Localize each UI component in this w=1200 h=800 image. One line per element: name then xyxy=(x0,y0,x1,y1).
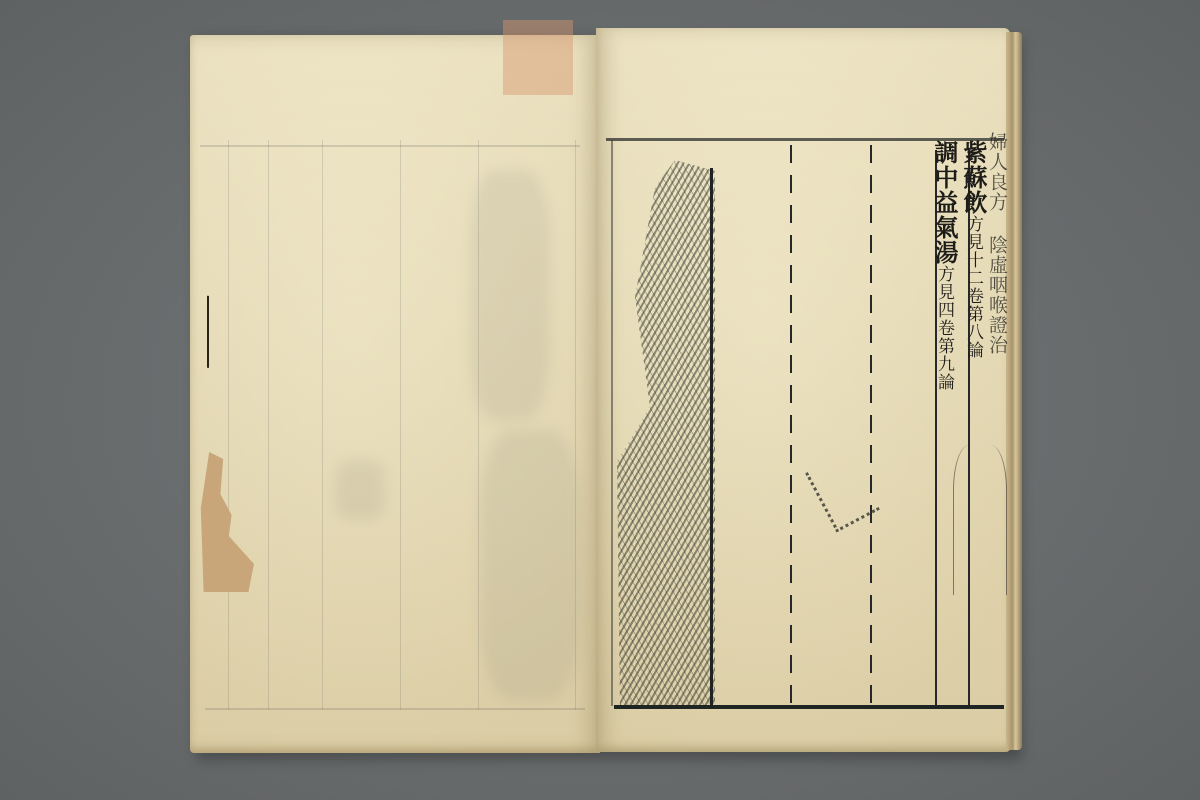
column-rule xyxy=(790,145,792,705)
text-column-tiaozhong: 調中益氣湯方見四卷第九論 xyxy=(927,140,962,391)
show-through-blot xyxy=(480,430,580,700)
column-rule xyxy=(870,145,872,705)
fold-crease xyxy=(953,445,1007,595)
ghost-column-line xyxy=(268,140,269,710)
formula-note: 方見十二卷第八論 xyxy=(963,215,983,359)
paper-crack xyxy=(207,296,215,369)
formula-title: 調中益氣湯 xyxy=(930,140,959,265)
print-frame-left xyxy=(611,140,613,706)
formula-note: 方見四卷第九論 xyxy=(934,265,954,391)
ghost-column-line xyxy=(322,140,323,710)
illustration-border xyxy=(710,168,713,708)
ghost-frame-bottom xyxy=(205,708,585,710)
ghost-frame-top xyxy=(200,145,580,147)
red-seal-mark xyxy=(503,20,573,95)
open-book: 婦人良方 陰虛咽喉證治 紫蘇飲方見十二卷第八論 調中益氣湯方見四卷第九論 xyxy=(0,0,1200,800)
show-through-blot xyxy=(335,460,385,520)
formula-title: 紫蘇飲 xyxy=(959,140,988,215)
ghost-column-line xyxy=(228,140,229,710)
show-through-blot xyxy=(470,170,550,420)
ghost-column-line xyxy=(400,140,401,710)
